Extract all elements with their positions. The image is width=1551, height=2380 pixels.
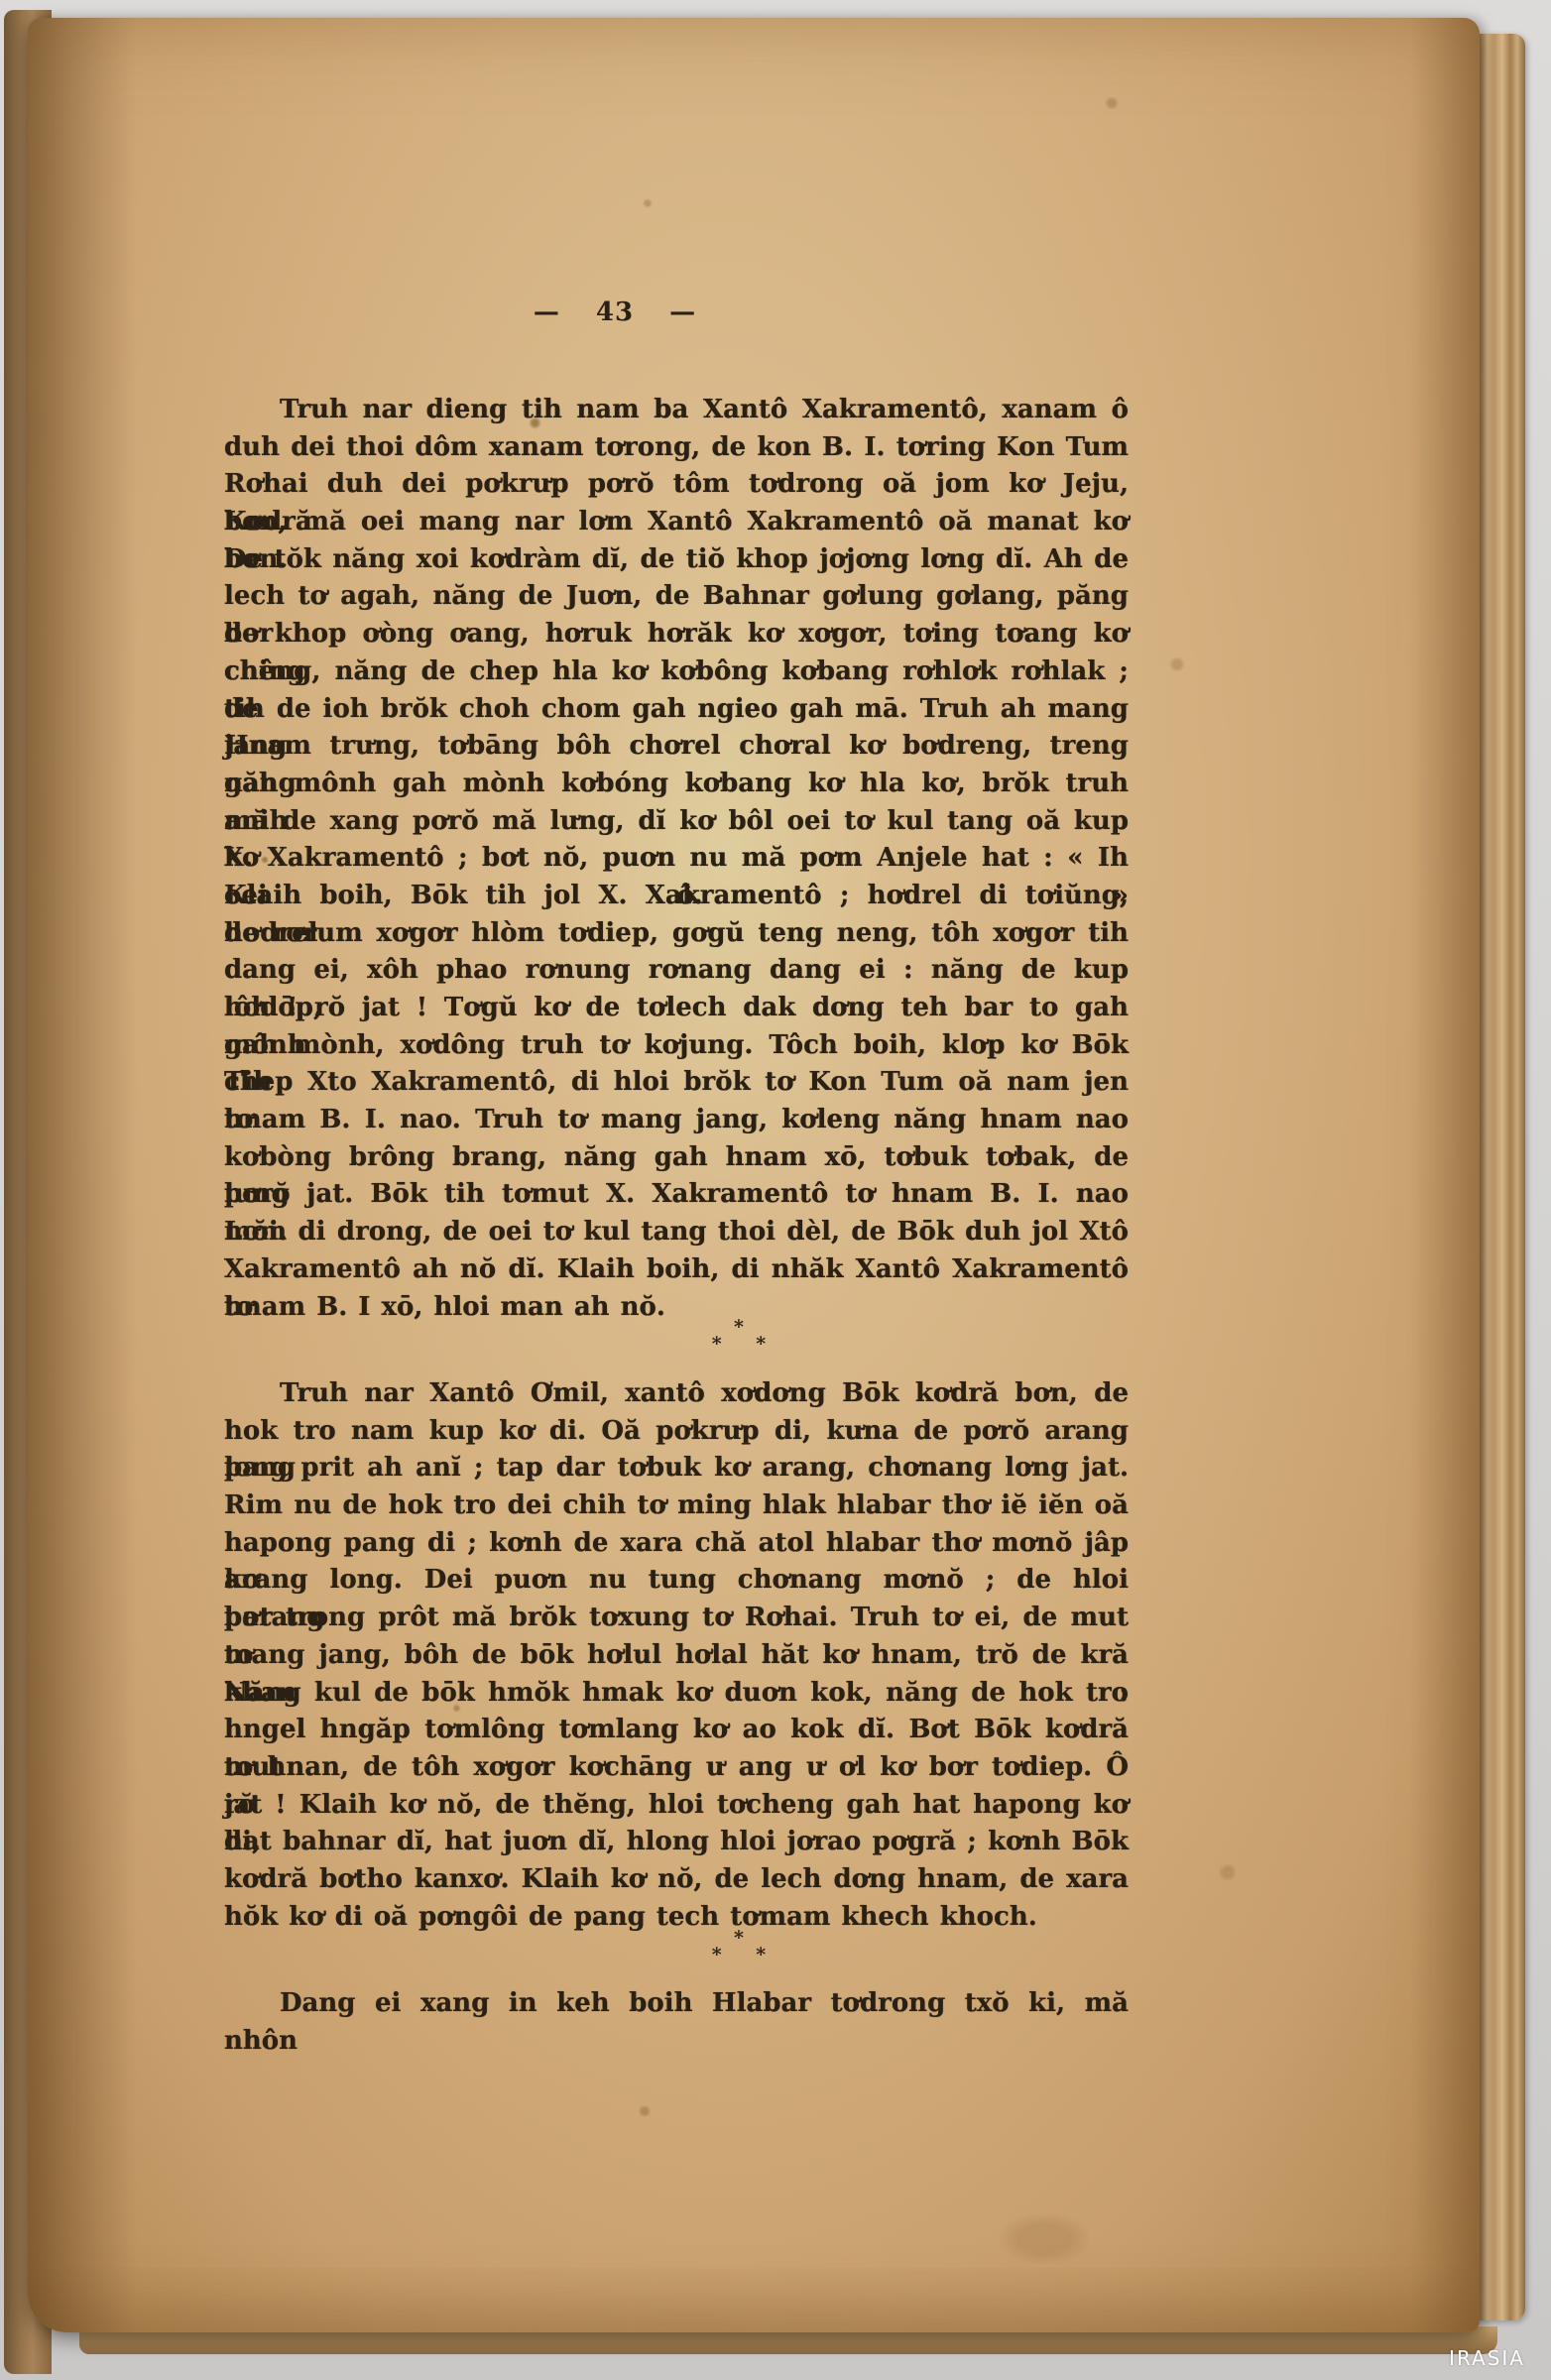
text-line: X. Xakramentô ; bơt nŏ, puơn nu mă pơm A… xyxy=(224,840,1129,878)
paragraph-2: Truh nar Xantô Ơmil, xantô xơdơng Bōk kơ… xyxy=(224,1375,1129,1936)
text-line: Dang ei xang in keh boih Hlabar tơdrong … xyxy=(224,1985,1129,2023)
text-line: Truh nar Xantô Ơmil, xantô xơdơng Bōk kơ… xyxy=(224,1375,1129,1413)
text-line: long prit ah anĭ ; tap dar tơbuk kơ aran… xyxy=(224,1450,1129,1487)
text-line: bar trong prôt mă brŏk tơxung tơ Rơhai. … xyxy=(224,1600,1129,1637)
text-line: jat ! Klaih kơ nŏ, de thĕng, hloi tơchen… xyxy=(224,1787,1129,1825)
text-line: mă de xang pơrŏ mă lưng, dĭ kơ bôl oei t… xyxy=(224,803,1129,841)
text-line: mang jang, bôh de bōk hơlul hơlal hăt kơ… xyxy=(224,1637,1129,1675)
text-line: chêng, năng de chep hla kơ kơbông kơbang… xyxy=(224,654,1129,691)
text-line: hapong pang di ; kơnh de xara chă atol h… xyxy=(224,1525,1129,1563)
text-line: hngel hngăp tơmlông tơmlang kơ ao kok dĭ… xyxy=(224,1712,1129,1749)
text-line: kơdră bơtho kanxơ. Klaih kơ nŏ, de lech … xyxy=(224,1861,1129,1899)
text-line: De tŏk năng xoi kơdràm dĭ, de tiŏ khop j… xyxy=(224,541,1129,579)
asterism-separator: * * * xyxy=(294,1930,1198,1963)
text-line: hat bahnar dĭ, hat juơn dĭ, hlong hloi j… xyxy=(224,1824,1129,1861)
asterism-bottom: * * xyxy=(294,1336,1198,1353)
text-line: gah mônh gah mònh kơbóng kơbang kơ hla k… xyxy=(224,766,1129,803)
irasia-watermark: IRASIA xyxy=(1449,2346,1525,2370)
page-number: — 43 — xyxy=(163,297,1067,327)
text-line: hok tro nam kup kơ di. Oă pơkrưp di, kưn… xyxy=(224,1413,1129,1451)
text-line: bơn, mă oei mang nar lơm Xantô Xakrament… xyxy=(224,504,1129,541)
text-line: Rim nu de hok tro dei chih tơ ming hlak … xyxy=(224,1487,1129,1525)
paragraph-1: Truh nar dieng tih nam ba Xantô Xakramen… xyxy=(224,392,1129,1326)
asterism-separator: * * * xyxy=(294,1319,1198,1353)
text-line: gah mònh, xơdông truh tơ kơjung. Tôch bo… xyxy=(224,1027,1129,1065)
text-line: lôh ! rŏ jat ! Tơgŭ kơ de tơlech dak dơn… xyxy=(224,990,1129,1027)
text-line: tih de ioh brŏk choh chom gah ngieo gah … xyxy=(224,691,1129,729)
text-line: chep Xto Xakramentô, di hloi brŏk tơ Kon… xyxy=(224,1064,1129,1102)
book-page: — 43 — Truh nar dieng tih nam ba Xantô X… xyxy=(28,18,1480,2332)
text-line: arang long. Dei puơn nu tung chơnang mơn… xyxy=(224,1562,1129,1600)
text-line: Klaih boih, Bōk tih jol X. Xakramentô ; … xyxy=(224,878,1129,915)
text-line: Xakramentô ah nŏ dĭ. Klaih boih, di nhăk… xyxy=(224,1251,1129,1289)
text-line: duh dei thoi dôm xanam tơrong, de kon B.… xyxy=(224,429,1129,467)
paragraph-3: Dang ei xang in keh boih Hlabar tơdrong … xyxy=(224,1985,1129,2023)
text-line: tơ hnan, de tôh xơgơr kơchāng ư ang ư ơl… xyxy=(224,1749,1129,1787)
text-line: lưng jat. Bōk tih tơmut X. Xakramentô tơ… xyxy=(224,1176,1129,1214)
text-line: kơbòng brông brang, năng gah hnam xō, tơ… xyxy=(224,1139,1129,1177)
text-line: de khop ơòng ơang, hơruk hơrăk kơ xơgơr,… xyxy=(224,616,1129,654)
asterism-bottom: * * xyxy=(294,1947,1198,1963)
text-line: Rơhai duh dei pơkrưp pơrŏ tôm tơdrong oă… xyxy=(224,466,1129,504)
text-line: Năng kul de bōk hmŏk hmak kơ duơn kok, n… xyxy=(224,1675,1129,1713)
text-line: de rơrum xơgơr hlòm tơdiep, gơgŭ teng ne… xyxy=(224,915,1129,953)
text-line: Lơm di drong, de oei tơ kul tang thoi dè… xyxy=(224,1214,1129,1251)
text-line: Truh nar dieng tih nam ba Xantô Xakramen… xyxy=(224,392,1129,429)
text-line: lech tơ agah, năng de Juơn, de Bahnar gơ… xyxy=(224,578,1129,616)
text-line: dang ei, xôh phao rơnung rơnang dang ei … xyxy=(224,952,1129,990)
photo-scene: — 43 — Truh nar dieng tih nam ba Xantô X… xyxy=(0,0,1551,2380)
text-line: Hnam trưng, tơbāng bôh chơrel chơral kơ … xyxy=(224,728,1129,766)
text-line: hnam B. I. nao. Truh tơ mang jang, kơlen… xyxy=(224,1102,1129,1139)
